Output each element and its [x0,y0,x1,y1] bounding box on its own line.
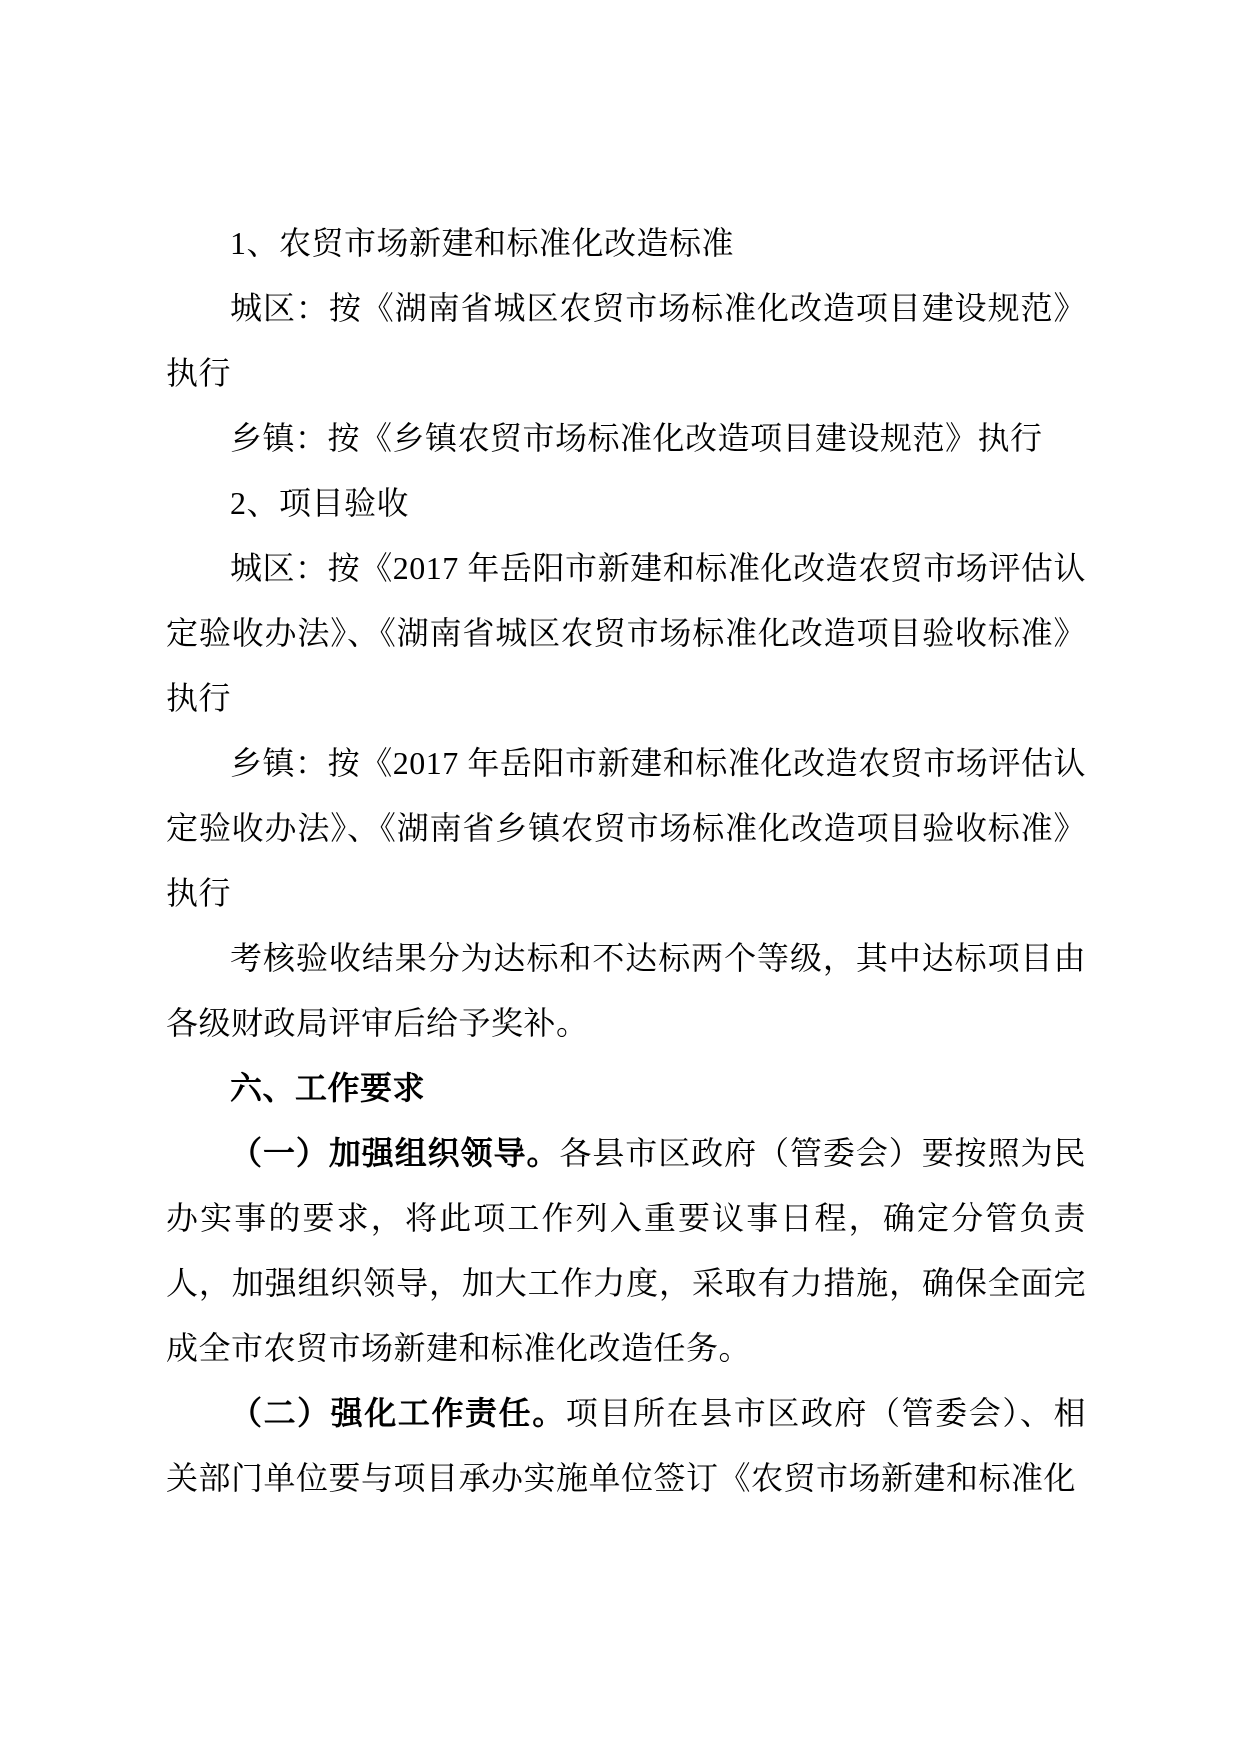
paragraph-strengthen-leadership-lead: （一）加强组织领导。 [230,1135,559,1171]
paragraph-town-acceptance: 乡镇：按《2017 年岳阳市新建和标准化改造农贸市场评估认定验收办法》、《湖南省… [166,731,1086,926]
paragraph-city-acceptance: 城区：按《2017 年岳阳市新建和标准化改造农贸市场评估认定验收办法》、《湖南省… [166,536,1086,731]
paragraph-city-standard-text: 城区：按《湖南省城区农贸市场标准化改造项目建设规范》执行 [166,290,1086,391]
document-body: 1、农贸市场新建和标准化改造标准 城区：按《湖南省城区农贸市场标准化改造项目建设… [166,211,1086,1511]
paragraph-strengthen-responsibility: （二）强化工作责任。项目所在县市区政府（管委会）、相关部门单位要与项目承办实施单… [166,1381,1086,1511]
paragraph-city-standard: 城区：按《湖南省城区农贸市场标准化改造项目建设规范》执行 [166,276,1086,406]
paragraph-assessment-result-text: 考核验收结果分为达标和不达标两个等级，其中达标项目由各级财政局评审后给予奖补。 [166,940,1086,1041]
section-heading-work-requirements-lead: 六、工作要求 [230,1070,425,1106]
paragraph-town-acceptance-text: 乡镇：按《2017 年岳阳市新建和标准化改造农贸市场评估认定验收办法》、《湖南省… [166,745,1086,911]
numbered-item-1: 1、农贸市场新建和标准化改造标准 [166,211,1086,276]
paragraph-town-standard-text: 乡镇：按《乡镇农贸市场标准化改造项目建设规范》执行 [230,420,1043,456]
paragraph-city-acceptance-text: 城区：按《2017 年岳阳市新建和标准化改造农贸市场评估认定验收办法》、《湖南省… [166,550,1086,716]
paragraph-strengthen-responsibility-lead: （二）强化工作责任。 [230,1395,566,1431]
paragraph-assessment-result: 考核验收结果分为达标和不达标两个等级，其中达标项目由各级财政局评审后给予奖补。 [166,926,1086,1056]
numbered-item-2-text: 2、项目验收 [230,485,409,521]
numbered-item-1-text: 1、农贸市场新建和标准化改造标准 [230,225,734,261]
paragraph-strengthen-leadership: （一）加强组织领导。各县市区政府（管委会）要按照为民办实事的要求，将此项工作列入… [166,1121,1086,1381]
paragraph-town-standard: 乡镇：按《乡镇农贸市场标准化改造项目建设规范》执行 [166,406,1086,471]
numbered-item-2: 2、项目验收 [166,471,1086,536]
section-heading-work-requirements: 六、工作要求 [166,1056,1086,1121]
document-page: 1、农贸市场新建和标准化改造标准 城区：按《湖南省城区农贸市场标准化改造项目建设… [0,0,1240,1754]
